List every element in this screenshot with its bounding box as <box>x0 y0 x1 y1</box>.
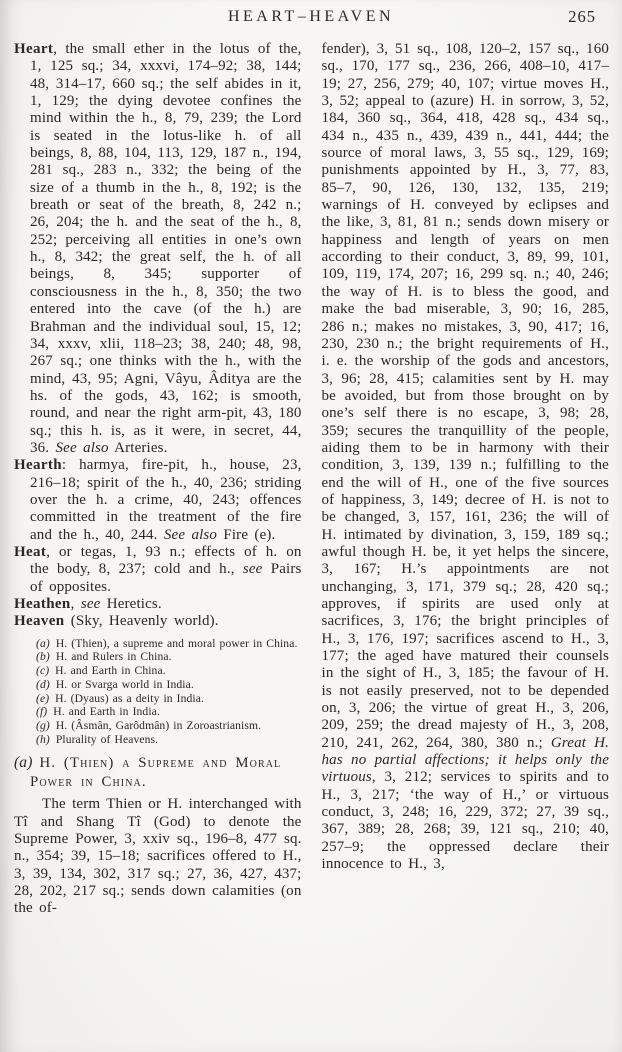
right-column: fender), 3, 51 sq., 108, 120–2, 157 sq.,… <box>322 41 610 918</box>
item-marker: (d) <box>36 678 56 691</box>
item-marker: (h) <box>36 733 56 746</box>
item-text: H. and Earth in China. <box>55 664 166 677</box>
text-segment: See also <box>56 440 109 456</box>
heaven-continuation-text: fender), 3, 51 sq., 108, 120–2, 157 sq.,… <box>322 41 610 874</box>
item-text: H. (Thien), a supreme and moral power in… <box>56 637 298 650</box>
text-segment: Heretics. <box>100 596 161 612</box>
item-marker: (b) <box>36 650 56 663</box>
item-marker: (c) <box>36 664 55 677</box>
item-marker: (e) <box>36 692 55 705</box>
text-segment: Heart <box>14 41 53 57</box>
text-segment: (Sky, Heavenly world). <box>64 613 218 629</box>
item-marker: (g) <box>36 719 56 732</box>
section-paragraph: The term Thien or H. interchanged with T… <box>14 796 302 917</box>
heaven-topic-item: (d)H. or Svarga world in India. <box>36 678 302 692</box>
item-text: H. and Earth in India. <box>53 705 160 718</box>
left-column: Heart, the small ether in the lotus of t… <box>14 41 302 918</box>
heaven-topic-item: (b)H. and Rulers in China. <box>36 650 302 664</box>
heaven-topic-item: (g)H. (Âsmân, Garôdmân) in Zoroastrian­i… <box>36 719 302 733</box>
heaven-topic-item: (f)H. and Earth in India. <box>36 705 302 719</box>
section-heading-thien: (a)H. (Thien) a Supreme and Moral Power … <box>14 754 302 791</box>
heaven-topic-item: (c)H. and Earth in China. <box>36 664 302 678</box>
text-segment: Heat <box>14 544 46 560</box>
running-header: HEART–HEAVEN 265 <box>0 0 622 38</box>
page-number: 265 <box>568 7 596 27</box>
text-segment: Arteries. <box>109 440 168 456</box>
text-segment: see <box>81 596 101 612</box>
entry-heaven: Heaven (Sky, Heavenly world). <box>14 613 302 630</box>
page-title: HEART–HEAVEN <box>0 8 622 26</box>
text-segment: Heathen <box>14 596 71 612</box>
item-text: Plurality of Heavens. <box>56 733 158 746</box>
entry-hearth: Hearth: harmya, fire-pit, h., house, 23,… <box>14 457 302 544</box>
entry-heathen: Heathen, see Heretics. <box>14 596 302 613</box>
entry-heat: Heat, or tegas, 1, 93 n.; effects of h. … <box>14 544 302 596</box>
item-marker: (a) <box>36 637 56 650</box>
heaven-topic-item: (h)Plurality of Heavens. <box>36 733 302 747</box>
book-page: HEART–HEAVEN 265 Heart, the small ether … <box>0 0 622 1052</box>
text-segment: Heaven <box>14 613 64 629</box>
text-segment: , the small ether in the lotus of the, 1… <box>30 41 302 456</box>
text-columns: Heart, the small ether in the lotus of t… <box>0 38 622 918</box>
section-title: H. (Thien) a Supreme and Moral Power in … <box>30 755 281 790</box>
text-segment: See also <box>164 527 217 543</box>
item-text: H. (Âsmân, Garôdmân) in Zoroastrian­ism. <box>56 719 261 732</box>
item-marker: (f) <box>36 705 53 718</box>
heaven-topic-item: (a)H. (Thien), a supreme and moral power… <box>36 637 302 651</box>
entry-heart: Heart, the small ether in the lotus of t… <box>14 41 302 457</box>
item-text: H. and Rulers in China. <box>56 650 172 663</box>
section-marker: (a) <box>14 754 40 771</box>
item-text: H. or Svarga world in India. <box>56 678 194 691</box>
text-segment: fender), 3, 51 sq., 108, 120–2, 157 sq.,… <box>322 41 610 751</box>
text-segment: Hearth <box>14 457 62 473</box>
text-segment: , <box>71 596 81 612</box>
heaven-topic-list: (a)H. (Thien), a supreme and moral power… <box>36 637 302 747</box>
text-segment: see <box>243 561 263 577</box>
text-segment: Fire (e). <box>217 527 275 543</box>
heaven-topic-item: (e)H. (Dyaus) as a deity in India. <box>36 692 302 706</box>
item-text: H. (Dyaus) as a deity in India. <box>55 692 204 705</box>
